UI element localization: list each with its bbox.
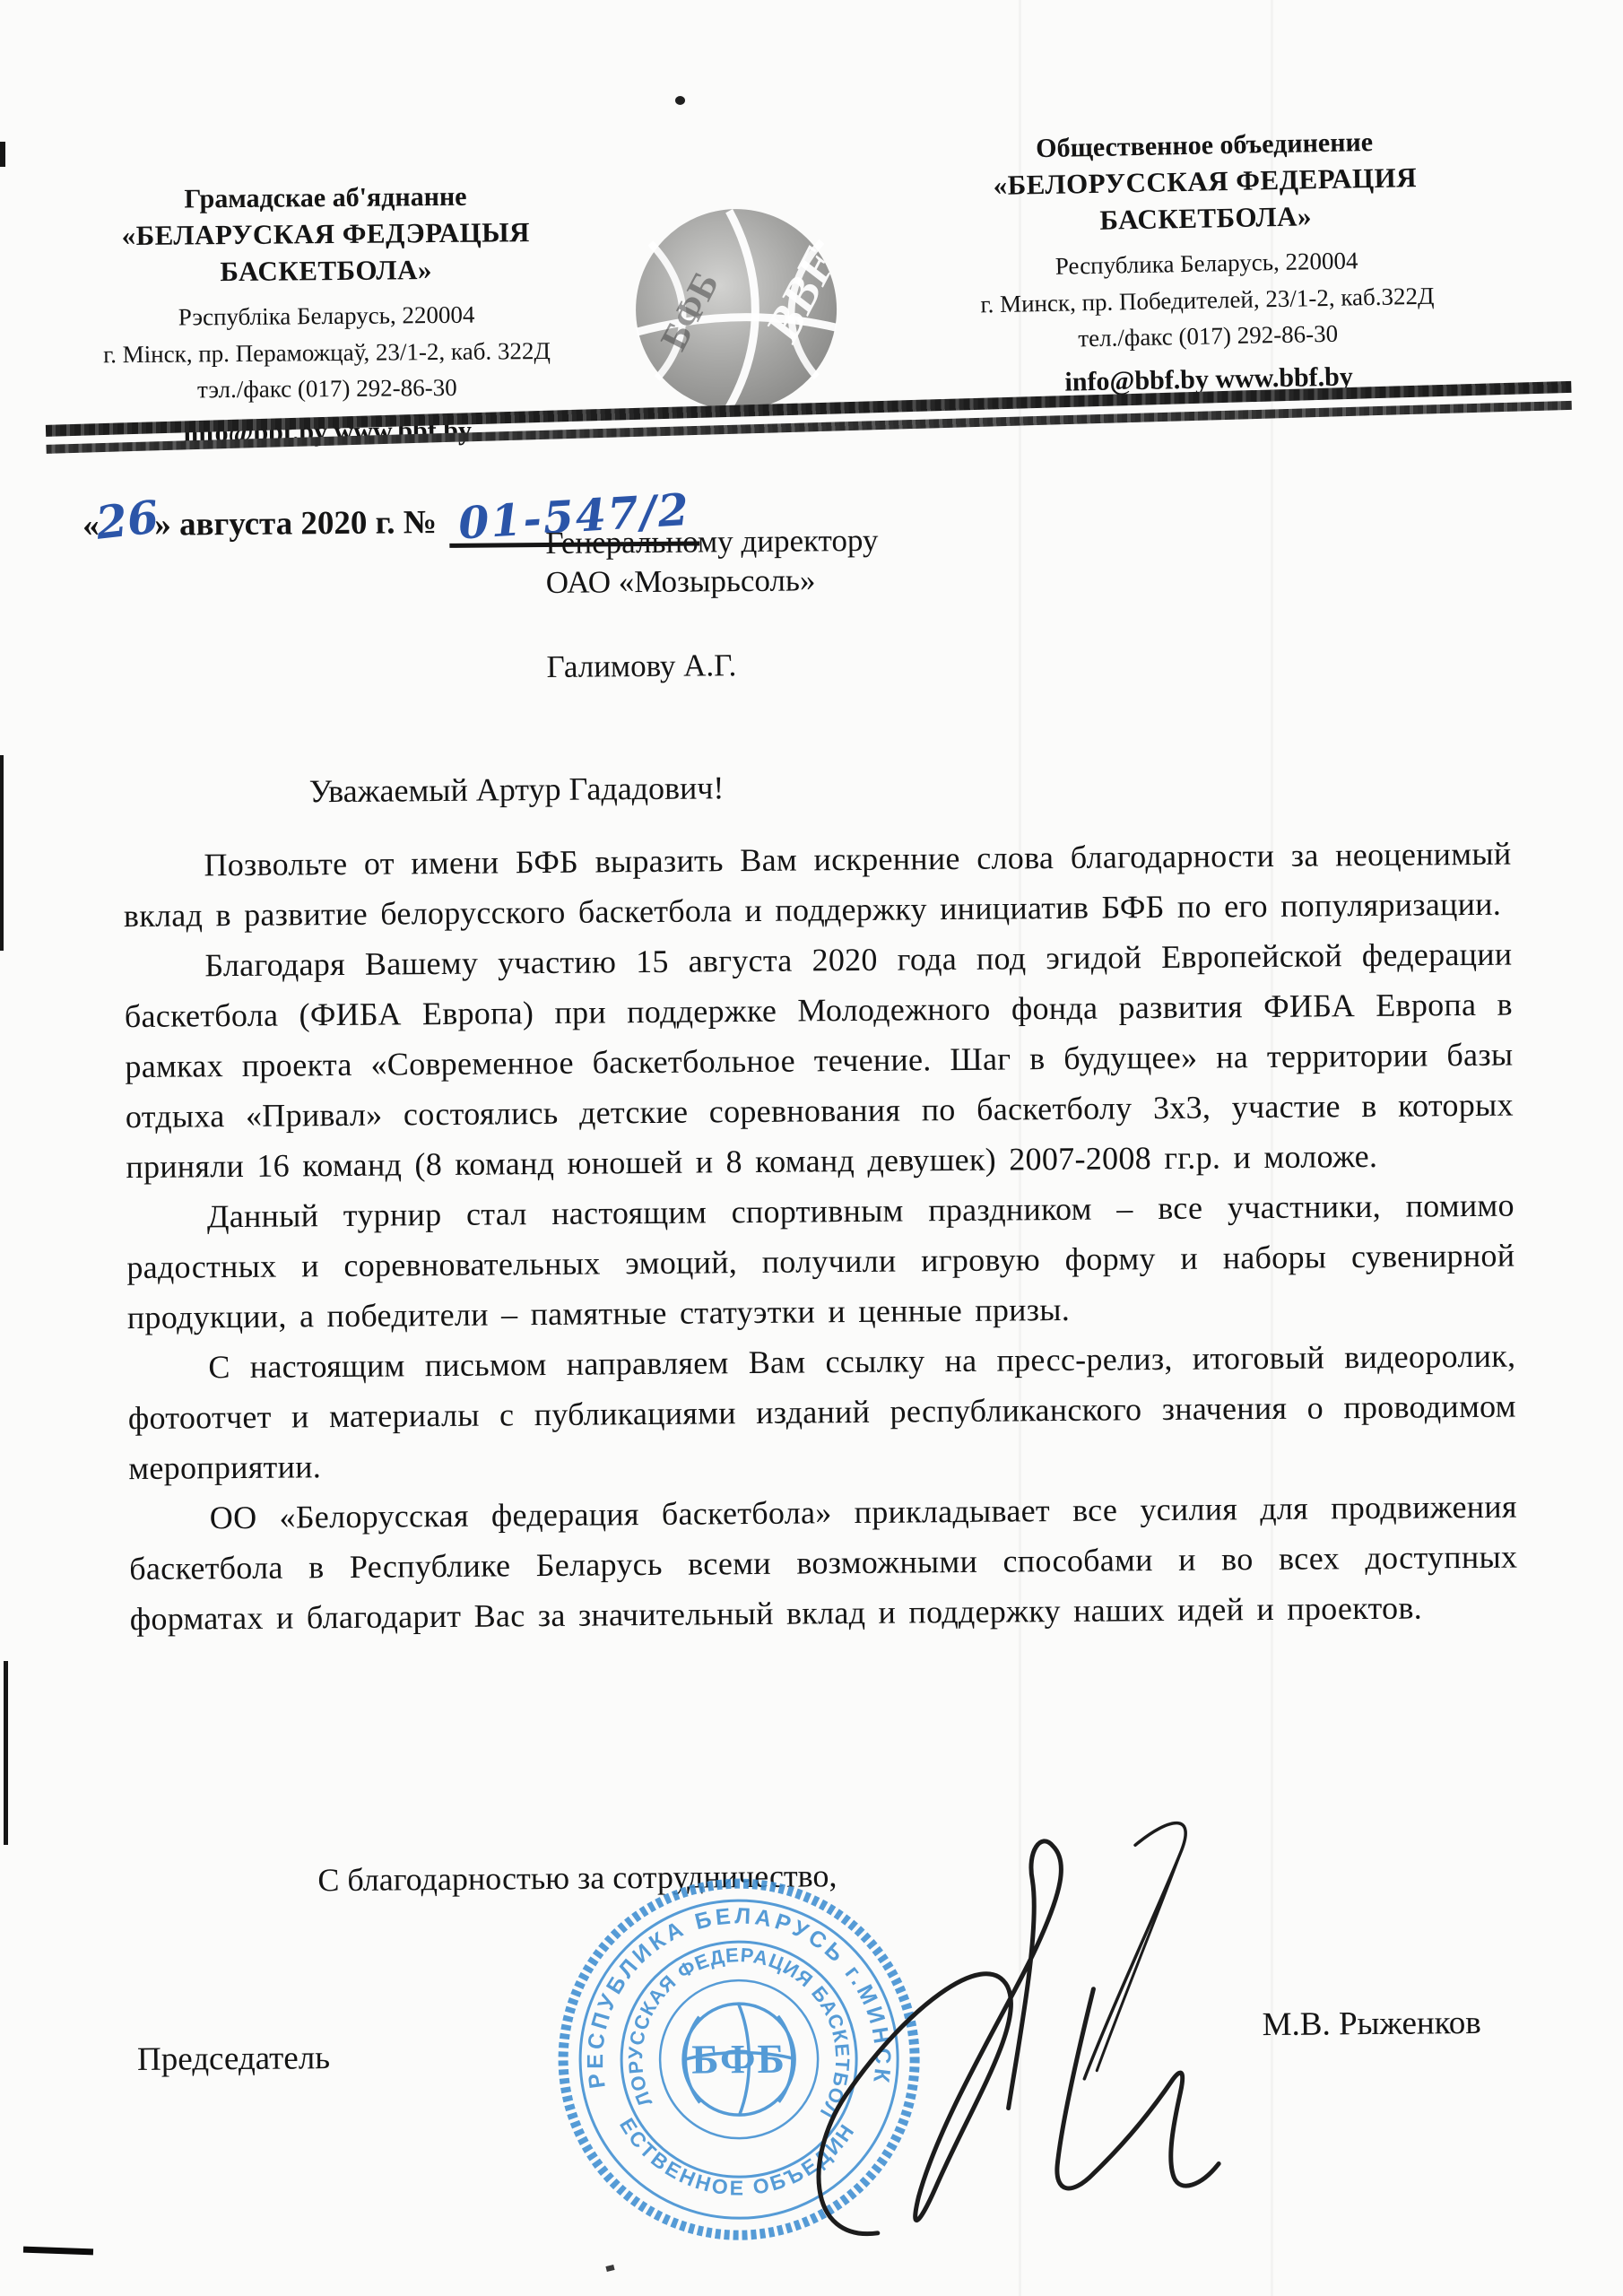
letter-scan-page: Грамадскае аб'яднанне «БЕЛАРУСКАЯ ФЕДЭРА… bbox=[0, 0, 1623, 2296]
scan-edge-mark bbox=[4, 1661, 8, 1845]
letter-content: Грамадскае аб'яднанне «БЕЛАРУСКАЯ ФЕДЭРА… bbox=[0, 0, 1623, 2296]
paragraph: Данный турнир стал настоящим спортивным … bbox=[126, 1180, 1515, 1344]
addressee-position: Генеральному директору bbox=[545, 521, 878, 563]
org-address-by: Рэспубліка Беларусь, 220004 г. Мінск, пр… bbox=[74, 296, 580, 409]
scan-edge-mark bbox=[0, 142, 5, 167]
paragraph: С настоящим письмом направляем Вам ссылк… bbox=[127, 1331, 1516, 1494]
paragraph: Благодаря Вашему участию 15 августа 2020… bbox=[124, 929, 1514, 1192]
address-line: г. Мінск, пр. Пераможцаў, 23/1-2, каб. 3… bbox=[74, 333, 579, 373]
addressee-name: Галимову А.Г. bbox=[546, 644, 879, 686]
signer-title: Председатель bbox=[137, 2039, 330, 2079]
basketball-logo: БФБ BBF bbox=[623, 199, 849, 421]
phone-line: тэл./факс (017) 292-86-30 bbox=[74, 369, 580, 409]
addressee-block: Генеральному директору ОАО «Мозырьсоль» … bbox=[545, 521, 880, 686]
letterhead-right: Общественное объединение «БЕЛОРУССКАЯ ФЕ… bbox=[914, 122, 1500, 403]
org-name-by-2: БАСКЕТБОЛА» bbox=[74, 250, 579, 291]
letter-body: Позвольте от имени БФБ выразить Вам искр… bbox=[123, 829, 1518, 1644]
signature-row: Председатель М.В. Рыженков bbox=[137, 2004, 1523, 2079]
handwritten-day: 26 bbox=[92, 490, 161, 549]
org-type-by: Грамадскае аб'яднанне bbox=[73, 178, 578, 219]
address-line: Рэспубліка Беларусь, 220004 bbox=[74, 296, 579, 336]
scan-dot bbox=[675, 96, 685, 105]
paragraph: ОО «Белорусская федерация баскетбола» пр… bbox=[129, 1482, 1518, 1645]
paragraph: Позвольте от имени БФБ выразить Вам искр… bbox=[123, 829, 1512, 942]
signer-name: М.В. Рыженков bbox=[1262, 2004, 1481, 2044]
org-address-ru: Республика Беларусь, 220004 г. Минск, пр… bbox=[916, 240, 1498, 361]
addressee-company: ОАО «Мозырьсоль» bbox=[546, 561, 879, 603]
org-name-by-1: «БЕЛАРУСКАЯ ФЕДЭРАЦЫЯ bbox=[73, 213, 578, 255]
salutation: Уважаемый Артур Гададович! bbox=[309, 769, 725, 810]
scan-edge-mark bbox=[0, 755, 4, 951]
printed-date: » августа 2020 г. № bbox=[154, 504, 437, 544]
